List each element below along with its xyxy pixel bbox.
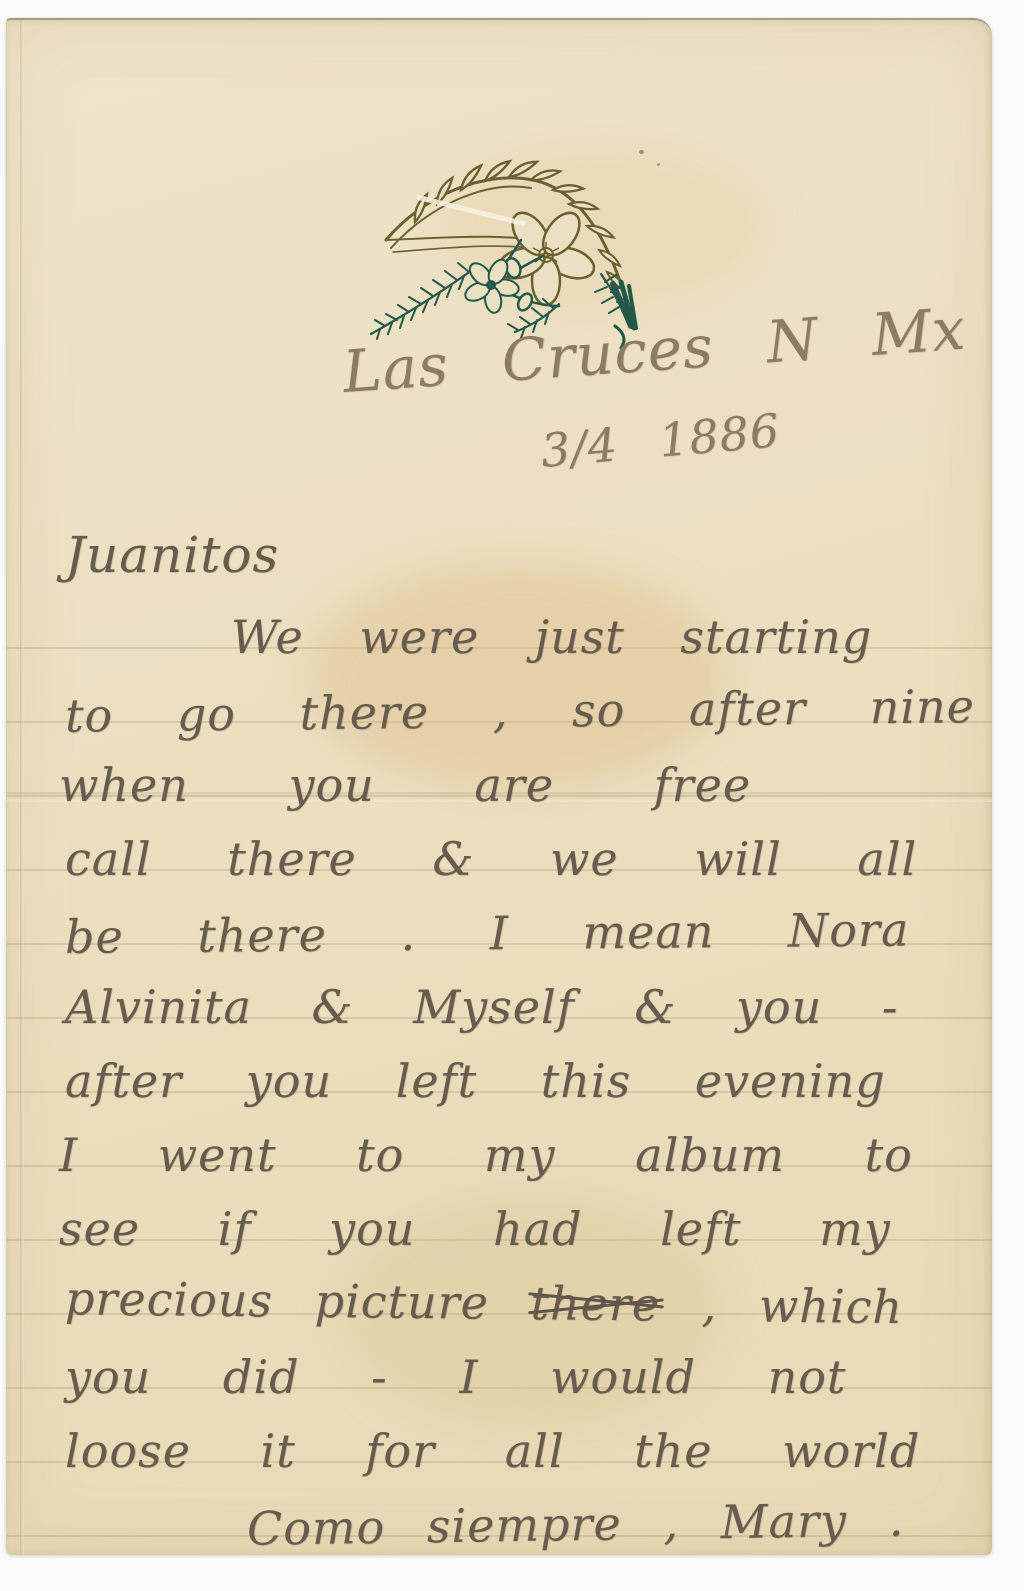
letter-line: We were just starting xyxy=(57,600,974,674)
letter-line: after you left this evening xyxy=(57,1044,974,1118)
letter-line: loose it for all the world xyxy=(57,1414,974,1488)
letter-paper: Las Cruces N Mx 3/4 1886 Juanitos We wer… xyxy=(6,18,992,1555)
letter-body: We were just starting to go there , so a… xyxy=(57,600,974,1555)
letter-line: when you are free xyxy=(57,748,974,822)
letter-date: 3/4 1886 xyxy=(539,403,783,478)
fold-crease-vertical xyxy=(20,20,24,1555)
letter-line-text: , which xyxy=(660,1278,904,1335)
letter-closing: Como siempre , Mary . xyxy=(57,1482,975,1555)
letter-line: precious picture there , which xyxy=(57,1261,975,1345)
ink-speck xyxy=(639,150,644,154)
letter-line: you did - I would not xyxy=(57,1340,974,1414)
letter-line: to go there , so after nine xyxy=(57,669,975,753)
letter-line: Alvinita & Myself & you - xyxy=(57,970,974,1044)
scanned-letter-page: Las Cruces N Mx 3/4 1886 Juanitos We wer… xyxy=(0,0,1024,1591)
letter-salutation: Juanitos xyxy=(65,526,279,584)
letter-line: I went to my album to xyxy=(57,1118,974,1192)
letter-line: see if you had left my xyxy=(57,1192,974,1266)
crossed-out-word: there xyxy=(530,1276,660,1331)
letter-line: be there . I mean Nora xyxy=(57,892,975,974)
letter-line-text: precious picture xyxy=(65,1271,531,1330)
letter-line: call there & we will all xyxy=(57,822,974,896)
